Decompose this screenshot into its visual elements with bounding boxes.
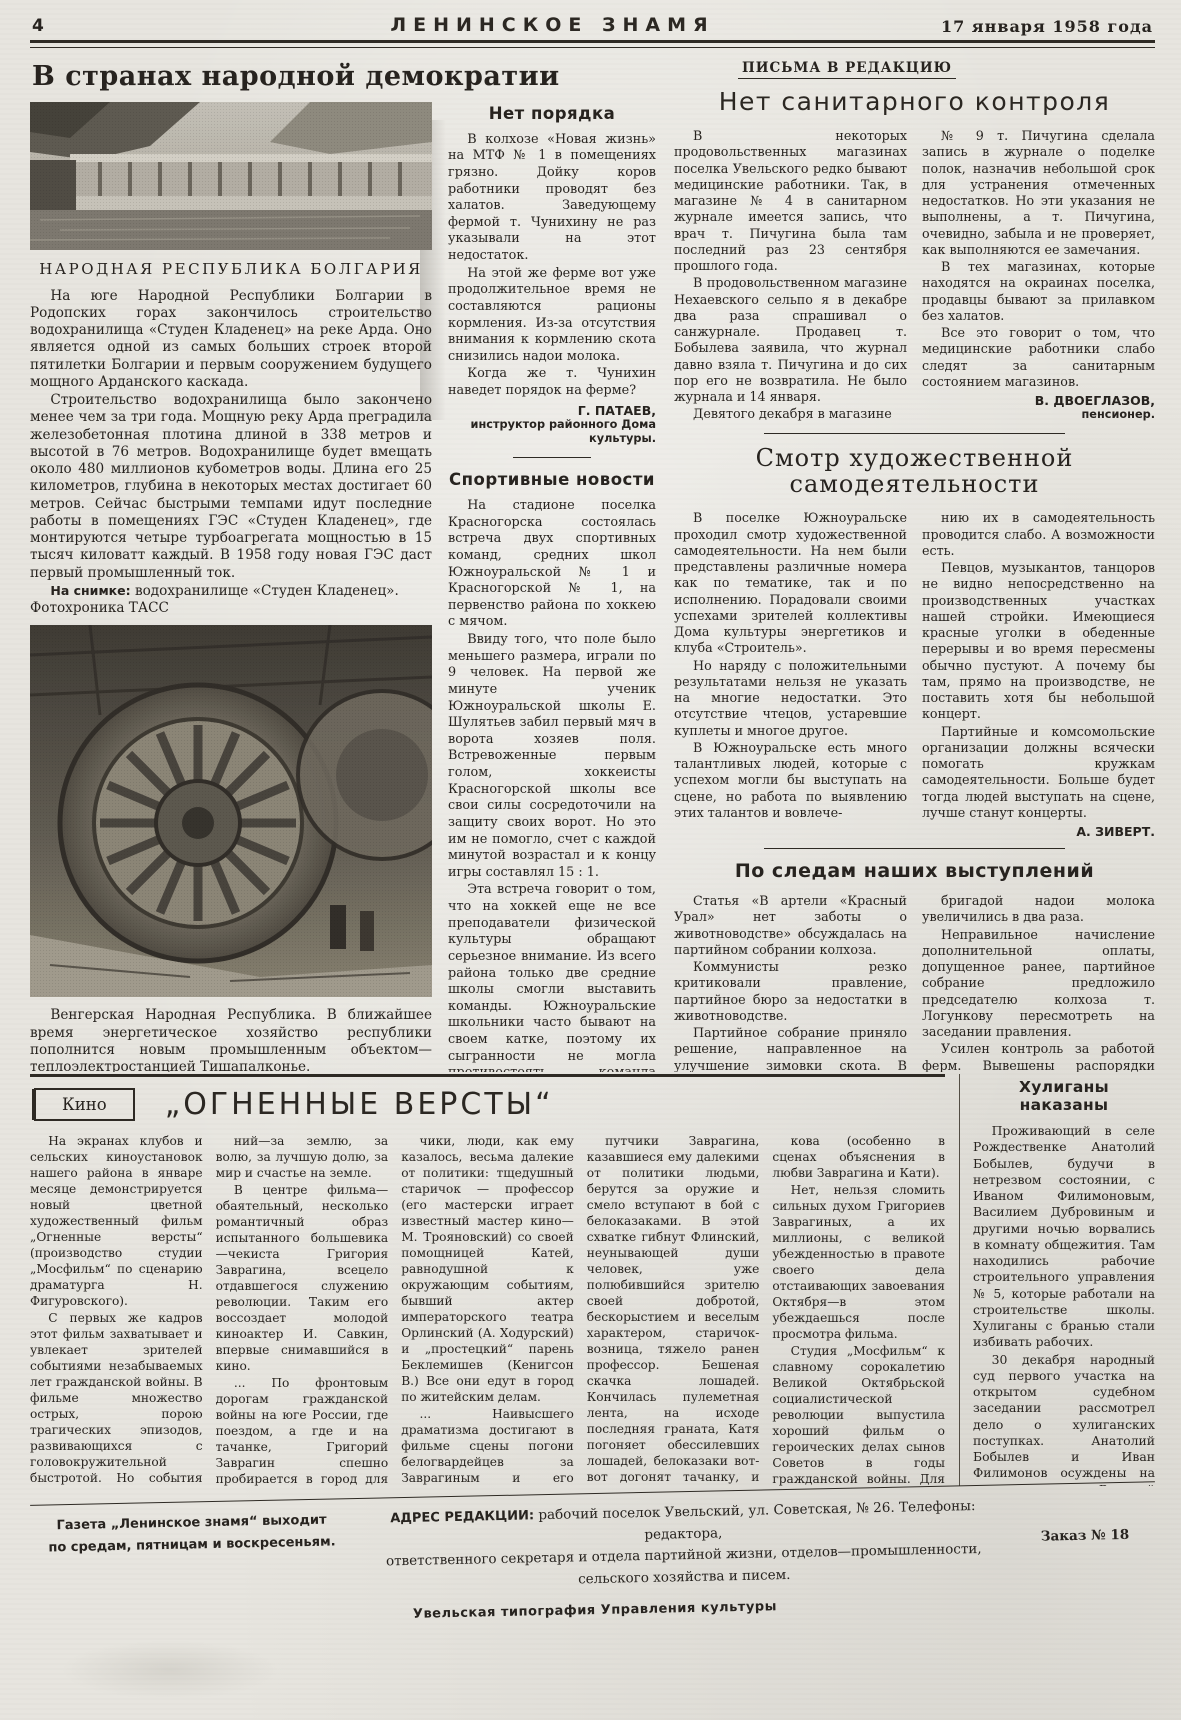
- paragraph: Партийные и комсомольские организации до…: [922, 724, 1155, 822]
- paragraph: Усилен контроль за работой ферм. Вывешен…: [922, 1041, 1155, 1072]
- paragraph: Певцов, музыкантов, танцоров не видно не…: [922, 560, 1155, 723]
- paragraph: Нет, нельзя сломить сильных духом Григор…: [772, 1183, 945, 1343]
- hooligans-title: Хулиганы наказаны: [973, 1078, 1155, 1114]
- no-order-signature-role: инструктор районного Дома культуры.: [448, 418, 656, 447]
- paragraph: № 9 т. Пичугина сделала запись в журнале…: [922, 128, 1155, 258]
- paragraph: Партийное собрание приняло решение, напр…: [674, 1025, 907, 1072]
- bulgaria-photo-credit: Фотохроника ТАСС: [30, 600, 432, 617]
- bulgaria-column: НАРОДНАЯ РЕСПУБЛИКА БОЛГАРИЯ На юге Наро…: [30, 102, 432, 1072]
- turbine-photo: [30, 625, 432, 997]
- amateur-title-line1: Смотр художественной: [756, 444, 1074, 472]
- section-rule: [764, 433, 1065, 434]
- film-col-5-body: кова (особенно в сценах объяснения в люб…: [772, 1134, 945, 1486]
- letters-kicker: ПИСЬМА В РЕДАКЦИЮ: [738, 60, 956, 79]
- paragraph: В поселке Южноуральске проходил смотр ху…: [674, 510, 907, 656]
- dam-photo-image: [30, 102, 432, 250]
- turbine-photo-image: [30, 625, 432, 997]
- film-col-5: кова (особенно в сценах объяснения в люб…: [772, 1134, 945, 1486]
- paragraph: В колхозе «Новая жизнь» на МТФ № 1 в пом…: [448, 132, 656, 265]
- paragraph: В Южноуральске есть много талантливых лю…: [674, 740, 907, 821]
- film-title: „ОГНЕННЫЕ ВЕРСТЫ“: [165, 1087, 554, 1122]
- film-col-4: путчики Заврагина, казавшиеся ему далеки…: [587, 1134, 760, 1486]
- followup-columns: Статья «В артели «Красный Урал» нет забо…: [674, 893, 1155, 1072]
- paragraph: В тех магазинах, которые находятся на ок…: [922, 259, 1155, 324]
- column-separator-rule: [513, 457, 591, 458]
- paragraph: ... По фронтовым дорогам гражданской вой…: [216, 1376, 389, 1486]
- paragraph: Коммунисты резко критиковали правление, …: [674, 959, 907, 1024]
- paragraph: Девятого декабря в магазине: [674, 406, 907, 422]
- paragraph: ний—за землю, за волю, за лучшую долю, з…: [216, 1134, 389, 1182]
- caption-label: На снимке:: [50, 583, 130, 598]
- peoples-democracy-module: В странах народной демократии: [30, 60, 656, 1072]
- paragraph: В центре фильма—обаятельный, несколько р…: [216, 1183, 389, 1375]
- page-header: 4 ЛЕНИНСКОЕ ЗНАМЯ 17 января 1958 года: [30, 6, 1155, 39]
- amateur-title-line2: самодеятельности: [790, 470, 1040, 498]
- paragraph: В продовольственном магазине Нехаевского…: [674, 275, 907, 405]
- editorial-address: АДРЕС РЕДАКЦИИ: рабочий поселок Увельски…: [370, 1496, 997, 1596]
- bulgaria-article-title: НАРОДНАЯ РЕСПУБЛИКА БОЛГАРИЯ: [30, 260, 432, 278]
- paragraph: Но наряду с положительными результатами …: [674, 658, 907, 739]
- paragraph: Статья «В артели «Красный Урал» нет забо…: [674, 893, 907, 958]
- address-label: АДРЕС РЕДАКЦИИ:: [390, 1508, 534, 1526]
- film-col-1: На экранах клубов и сельских киноустанов…: [30, 1134, 203, 1486]
- sports-body: На стадионе поселка Красногорска состоял…: [448, 498, 656, 1072]
- paragraph: На юге Народной Республики Болгарии в Ро…: [30, 288, 432, 392]
- address-line2: ответственного секретаря и отдела партий…: [386, 1541, 982, 1587]
- amateur-col-2-body: нию их в самодеятельность проводится сла…: [922, 510, 1155, 821]
- header-rule: [30, 40, 1155, 48]
- sanitary-col-2: № 9 т. Пичугина сделала запись в журнале…: [922, 128, 1155, 424]
- sanitary-col-1: В некоторых продовольственных магазинах …: [674, 128, 907, 424]
- amateur-signature: А. ЗИВЕРТ.: [922, 824, 1155, 839]
- followup-col-1: Статья «В артели «Красный Урал» нет забо…: [674, 893, 907, 1072]
- paragraph: Проживающий в селе Рождественке Анатолий…: [973, 1123, 1155, 1351]
- paragraph: На экранах клубов и сельских киноустанов…: [30, 1134, 203, 1310]
- paragraph: На этой же ферме вот уже продолжительное…: [448, 266, 656, 366]
- no-order-body: В колхозе «Новая жизнь» на МТФ № 1 в пом…: [448, 132, 656, 400]
- hooligans-column: Хулиганы наказаны Проживающий в селе Рож…: [959, 1074, 1155, 1486]
- newspaper-page: 4 ЛЕНИНСКОЕ ЗНАМЯ 17 января 1958 года В …: [0, 0, 1181, 1720]
- paragraph: ... Наивысшего драматизма достигают в фи…: [401, 1407, 574, 1486]
- paragraph: С первых же кадров этот фильм захватывае…: [30, 1311, 203, 1486]
- paragraph: Эта встреча говорит о том, что на хоккей…: [448, 882, 656, 1072]
- middle-column: Нет порядка В колхозе «Новая жизнь» на М…: [448, 102, 656, 1072]
- sanitary-signature: В. ДВОЕГЛАЗОВ,: [922, 393, 1155, 408]
- paragraph: нию их в самодеятельность проводится сла…: [922, 510, 1155, 559]
- issue-date: 17 января 1958 года: [893, 17, 1153, 36]
- amateur-col-1: В поселке Южноуральске проходил смотр ху…: [674, 510, 907, 839]
- paragraph: Когда же т. Чунихин наведет порядок на ф…: [448, 366, 656, 399]
- hooligans-body: Проживающий в селе Рождественке Анатолий…: [973, 1123, 1155, 1486]
- paragraph: бригадой надои молока увеличились в два …: [922, 893, 1155, 926]
- sanitary-col-2-body: № 9 т. Пичугина сделала запись в журнале…: [922, 128, 1155, 390]
- dam-photo: [30, 102, 432, 250]
- scan-stain: [60, 1640, 280, 1700]
- paragraph: На стадионе поселка Красногорска состоял…: [448, 498, 656, 631]
- sanitary-columns: В некоторых продовольственных магазинах …: [674, 128, 1155, 424]
- caption-text: водохранилище «Студен Кладенец».: [131, 583, 399, 599]
- schedule-line2: по средам, пятницам и воскресеньям.: [48, 1535, 335, 1556]
- bulgaria-caption: На снимке: водохранилище «Студен Кладене…: [30, 583, 432, 600]
- followup-col-2: бригадой надои молока увеличились в два …: [922, 893, 1155, 1072]
- film-col-3: чики, люди, как ему казалось, весьма дал…: [401, 1134, 574, 1486]
- kino-rubric-box: Кино: [34, 1088, 135, 1121]
- followup-title: По следам наших выступлений: [674, 860, 1155, 882]
- film-review-columns: На экранах клубов и сельских киноустанов…: [30, 1134, 945, 1486]
- order-number: Заказ № 18: [1019, 1492, 1150, 1545]
- paragraph: чики, люди, как ему казалось, весьма дал…: [401, 1134, 574, 1406]
- bottom-section: Кино „ОГНЕННЫЕ ВЕРСТЫ“ На экранах клубов…: [30, 1074, 1155, 1486]
- paragraph: Ввиду того, что поле было меньшего разме…: [448, 632, 656, 881]
- sanitary-title: Нет санитарного контроля: [674, 87, 1155, 116]
- paragraph: 30 декабря народный суд первого участка …: [973, 1352, 1155, 1487]
- amateur-columns: В поселке Южноуральске проходил смотр ху…: [674, 510, 1155, 839]
- paragraph: Неправильное начисление дополнительной о…: [922, 927, 1155, 1041]
- no-order-title: Нет порядка: [448, 104, 656, 123]
- followup-col-2-body: бригадой надои молока увеличились в два …: [922, 893, 1155, 1072]
- publication-schedule: Газета „Ленинское знамя“ выходит по сред…: [36, 1509, 347, 1560]
- bulgaria-article-body: На юге Народной Республики Болгарии в Ро…: [30, 288, 432, 582]
- paragraph: В некоторых продовольственных магазинах …: [674, 128, 907, 274]
- paragraph: Венгерская Народная Республика. В ближай…: [30, 1007, 432, 1072]
- sanitary-signature-role: пенсионер.: [922, 408, 1155, 423]
- page-number: 4: [32, 16, 212, 36]
- sports-title: Спортивные новости: [448, 470, 656, 489]
- letters-module: ПИСЬМА В РЕДАКЦИЮ Нет санитарного контро…: [674, 60, 1155, 1072]
- masthead-title: ЛЕНИНСКОЕ ЗНАМЯ: [212, 14, 893, 36]
- film-col-2: ний—за землю, за волю, за лучшую долю, з…: [216, 1134, 389, 1486]
- cinema-review: Кино „ОГНЕННЫЕ ВЕРСТЫ“ На экранах клубов…: [30, 1074, 945, 1486]
- paragraph: Строительство водохранилища было законче…: [30, 392, 432, 582]
- paragraph: кова (особенно в сценах объяснения в люб…: [772, 1134, 945, 1182]
- section-headline: В странах народной демократии: [32, 62, 656, 92]
- amateur-title: Смотр художественной самодеятельности: [674, 445, 1155, 499]
- no-order-signature: Г. ПАТАЕВ,: [448, 403, 656, 418]
- address-line1: рабочий поселок Увельский, ул. Советская…: [534, 1498, 976, 1543]
- schedule-line1: Газета „Ленинское знамя“ выходит: [56, 1513, 326, 1534]
- hungary-article-body: Венгерская Народная Республика. В ближай…: [30, 1007, 432, 1072]
- paragraph: Все это говорит о том, что медицинские р…: [922, 325, 1155, 390]
- main-section: В странах народной демократии: [30, 60, 1155, 1072]
- paragraph: путчики Заврагина, казавшиеся ему далеки…: [587, 1134, 760, 1486]
- section-rule: [764, 848, 1065, 849]
- cinema-header: Кино „ОГНЕННЫЕ ВЕРСТЫ“: [34, 1087, 945, 1122]
- amateur-col-2: нию их в самодеятельность проводится сла…: [922, 510, 1155, 839]
- page-footer: Газета „Ленинское знамя“ выходит по сред…: [30, 1481, 1157, 1629]
- paragraph: Студия „Мосфильм“ к славному сорокалетию…: [772, 1344, 945, 1486]
